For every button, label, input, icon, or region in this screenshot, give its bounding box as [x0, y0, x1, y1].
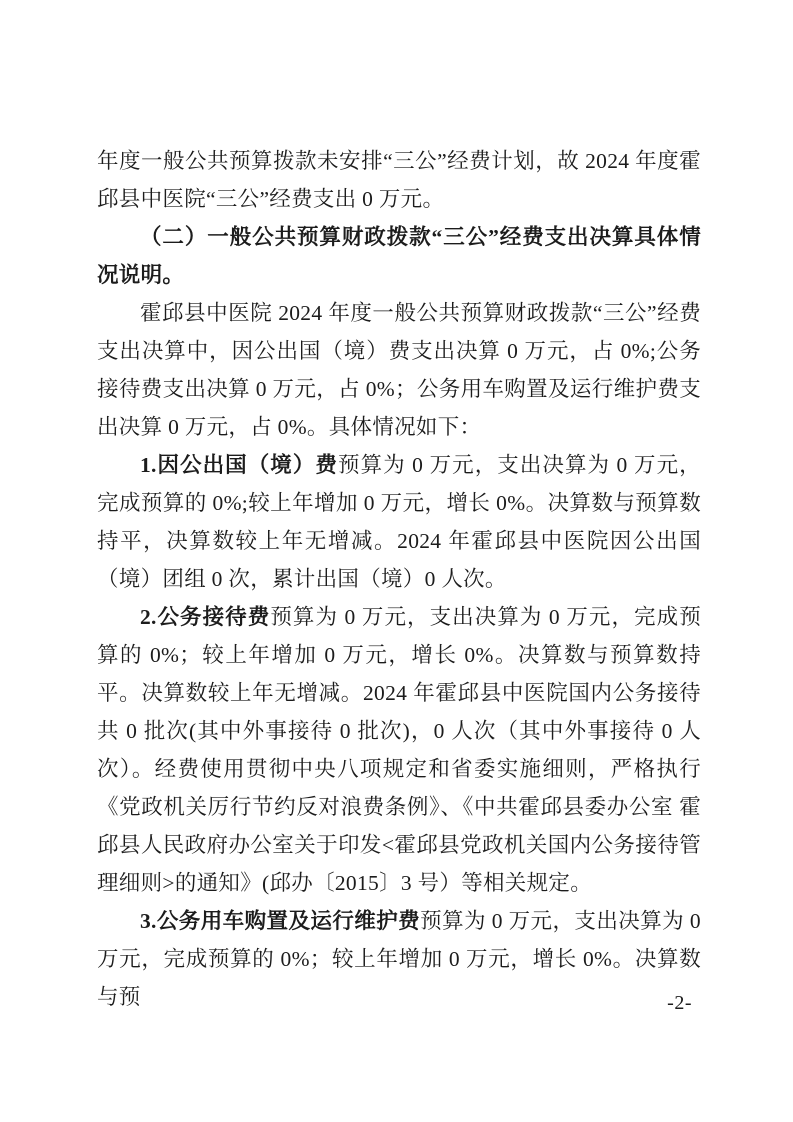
page-number: -2- — [667, 991, 692, 1015]
document-page: 年度一般公共预算拨款未安排“三公”经费计划，故 2024 年度霍邱县中医院“三公… — [0, 0, 793, 1122]
paragraph-item-2-reception-expense: 2.公务接待费预算为 0 万元，支出决算为 0 万元，完成预算的 0%；较上年增… — [97, 598, 701, 902]
paragraph-text: 霍邱县中医院 2024 年度一般公共预算财政拨款“三公”经费支出决算中，因公出国… — [97, 301, 701, 439]
paragraph-item-3-vehicle-expense: 3.公务用车购置及运行维护费预算为 0 万元，支出决算为 0 万元，完成预算的 … — [97, 902, 701, 1016]
document-body: 年度一般公共预算拨款未安排“三公”经费计划，故 2024 年度霍邱县中医院“三公… — [97, 142, 701, 1016]
paragraph-text: 年度一般公共预算拨款未安排“三公”经费计划，故 2024 年度霍邱县中医院“三公… — [97, 149, 701, 211]
paragraph-lead: 3.公务用车购置及运行维护费 — [140, 909, 420, 933]
paragraph-text: 预算为 0 万元，支出决算为 0 万元，完成预算的 0%；较上年增加 0 万元，… — [97, 605, 701, 895]
section-heading-text: （二）一般公共预算财政拨款“三公”经费支出决算具体情况说明。 — [97, 225, 701, 287]
paragraph-item-1-abroad-expense: 1.因公出国（境）费预算为 0 万元，支出决算为 0 万元，完成预算的 0%;较… — [97, 446, 701, 598]
paragraph-lead: 2.公务接待费 — [140, 605, 270, 629]
paragraph-continuation: 年度一般公共预算拨款未安排“三公”经费计划，故 2024 年度霍邱县中医院“三公… — [97, 142, 701, 218]
paragraph-overview: 霍邱县中医院 2024 年度一般公共预算财政拨款“三公”经费支出决算中，因公出国… — [97, 294, 701, 446]
paragraph-lead: 1.因公出国（境）费 — [140, 453, 338, 477]
section-heading: （二）一般公共预算财政拨款“三公”经费支出决算具体情况说明。 — [97, 218, 701, 294]
